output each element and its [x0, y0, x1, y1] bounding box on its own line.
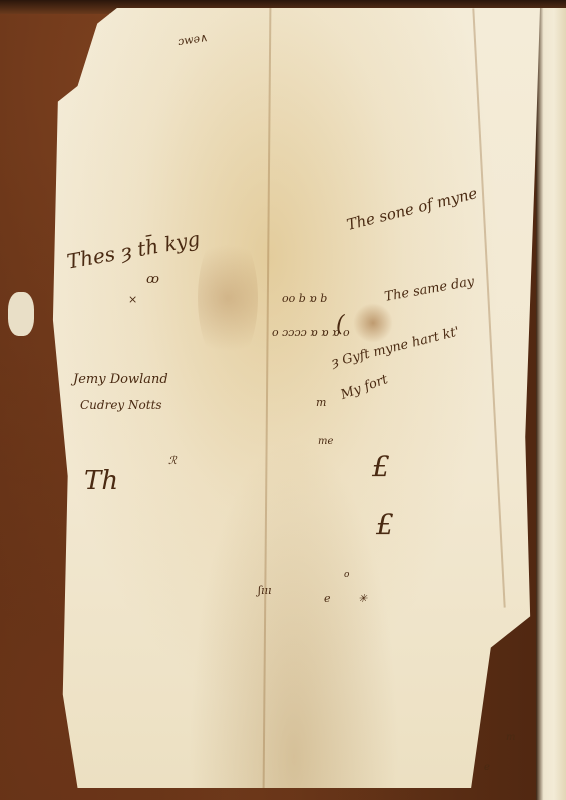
- water-stain: [198, 228, 258, 368]
- pound-sign-1: £: [372, 450, 390, 483]
- annotation-mid-mark: me: [318, 436, 333, 447]
- ink-stain: [353, 303, 393, 343]
- annotation-th-mark: Th: [84, 466, 118, 496]
- fold-crease: [472, 8, 505, 607]
- signature-line-2: Cudrey Notts: [80, 398, 162, 412]
- fold-crease: [263, 8, 272, 788]
- annotation-bottom-e: e: [324, 592, 331, 605]
- annotation-mid-row1-dots: oo b ɒ b: [282, 292, 327, 305]
- annotation-small-mark-r: ℛ: [168, 454, 177, 467]
- binding-paper-patch: [8, 292, 34, 336]
- pound-sign-2: £: [376, 508, 394, 541]
- signature-line-1: Jemy Dowland: [73, 372, 168, 387]
- annotation-bottom-strokes: ʃııı: [258, 584, 272, 597]
- annotation-left-monogram: ꝏ: [146, 272, 159, 287]
- annotation-bottom-right-mark: m: [506, 732, 515, 743]
- right-page-edges: [536, 8, 566, 800]
- annotation-mid-row4-m: m: [316, 396, 326, 409]
- annotation-left-small-mark: ×: [128, 293, 137, 306]
- annotation-mid-row2-bracket: (: [336, 312, 345, 337]
- annotation-bottom-right-mark-2: e: [484, 762, 490, 773]
- annotation-bottom-star: ✳: [358, 592, 367, 605]
- annotation-bottom-o: o: [344, 570, 349, 580]
